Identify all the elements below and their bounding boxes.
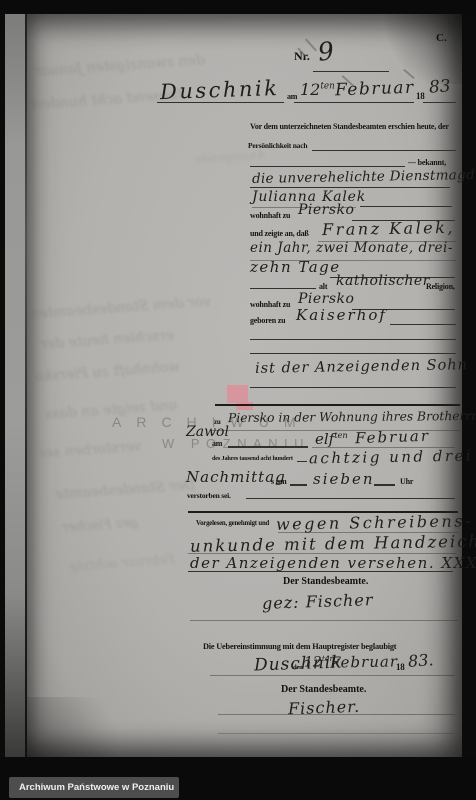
vorgelesen-label: Vorgelesen, genehmigt und [196,520,269,527]
death-day: elften [315,430,348,448]
registrar-title: Der Standesbeamte. [283,576,368,587]
death-month: Februar [355,427,431,448]
closing-handwritten-1: wegen Schreibens- [276,511,473,533]
uhr-label: Uhr [400,477,413,486]
age-line-1: ein Jahr, zwei Monate, drei- [250,240,453,256]
anzeige-label: und zeigte an, daß [250,229,309,238]
dateline-century: 18 [416,91,425,101]
death-place-line1: Piersko in der Wohnung ihres Brotherrn [228,409,476,425]
certification-line: Die Uebereinstimmung mit dem Hauptregist… [203,642,396,651]
archive-watermark-line2: W POZNANIU [162,436,310,451]
religion-value: katholischer [336,273,430,289]
registrar-signature: gez: Fischer [262,590,374,613]
corner-letter: C. [436,32,447,44]
jahr-label: des Jahres tausend acht hundert [212,455,293,462]
birthplace: Kaiserhof [296,306,387,324]
certification-registrar-title: Der Standesbeamte. [281,684,366,695]
photo-top-border [0,0,476,14]
certification-signature: Fischer. [288,697,361,719]
certification-century: 18 [396,662,405,672]
age-line-2: zehn Tage [250,258,341,276]
record-number-value: 9 [317,36,336,67]
previous-page-edge [5,14,25,757]
persoenlichkeit-label: Persönlichkeit nach [248,141,307,150]
dateline-day: 12ten [300,80,335,99]
deceased-residence: Piersko [298,291,354,307]
archival-scan-viewer: den zwanzigsten Januar tausend acht hund… [0,0,476,800]
declarant-residence: Piersko [298,202,354,218]
death-place-line2: Zawol [186,424,229,440]
pink-highlight-mark [227,385,248,403]
bekannt-label: — bekannt, [408,158,446,167]
religion-label: Religion, [426,282,455,291]
archive-caption-badge: Archiwum Państwowe w Poznaniu [9,777,179,798]
time-label: s um [271,477,286,486]
certification-den-label: den [293,664,303,671]
dateline-month: Februar [335,78,415,101]
certification-month: Februar [330,652,398,671]
deceased-name: Franz Kalek, [322,218,455,239]
geboren-label: geboren zu [250,316,285,325]
time-handwritten-2: sieben [313,470,375,488]
verstorben-label: verstorben sei. [187,491,231,500]
wohnhaft-label-2: wohnhaft zu [250,300,290,309]
dateline-am-label: am [287,92,297,101]
closing-handwritten-3: der Anzeigenden versehen. XXX [190,554,476,572]
intro-line: Vor dem unterzeichneten Standesbeamten e… [250,122,449,131]
wohnhaft-label-1: wohnhaft zu [250,211,290,220]
certification-year: 83. [407,650,434,671]
dateline-place: Duschnik [160,76,280,104]
dateline-year: 83 [428,76,451,97]
alt-label: alt [319,282,327,291]
death-am-label: am [212,439,222,448]
death-year: achtzig und drei [309,447,474,468]
